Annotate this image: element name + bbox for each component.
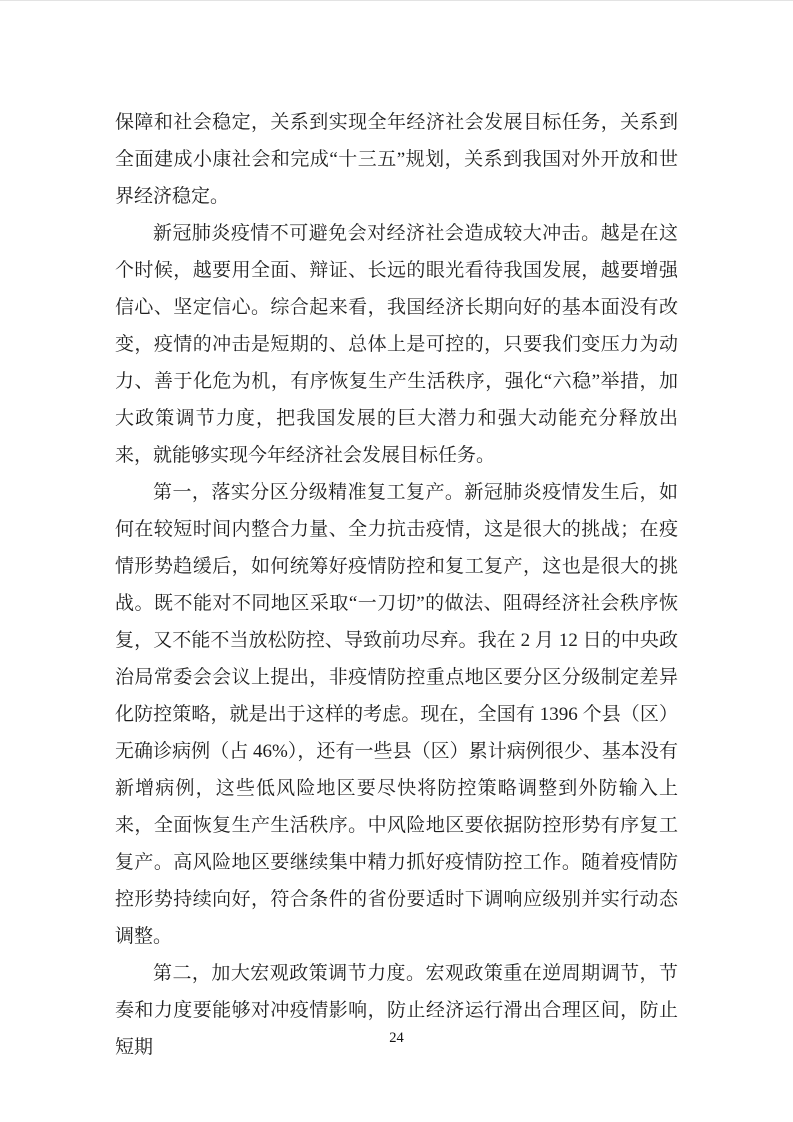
page-number: 24 <box>389 1030 404 1046</box>
paragraph: 新冠肺炎疫情不可避免会对经济社会造成较大冲击。越是在这个时候，越要用全面、辩证、… <box>115 215 678 474</box>
paragraph: 第二，加大宏观政策调节力度。宏观政策重在逆周期调节，节奏和力度要能够对冲疫情影响… <box>115 955 678 1066</box>
document-body: 保障和社会稳定，关系到实现全年经济社会发展目标任务，关系到全面建成小康社会和完成… <box>115 104 678 1066</box>
document-page: 保障和社会稳定，关系到实现全年经济社会发展目标任务，关系到全面建成小康社会和完成… <box>0 0 793 1122</box>
paragraph: 保障和社会稳定，关系到实现全年经济社会发展目标任务，关系到全面建成小康社会和完成… <box>115 104 678 215</box>
paragraph: 第一，落实分区分级精准复工复产。新冠肺炎疫情发生后，如何在较短时间内整合力量、全… <box>115 474 678 955</box>
page-footer: 24 <box>0 1029 793 1047</box>
